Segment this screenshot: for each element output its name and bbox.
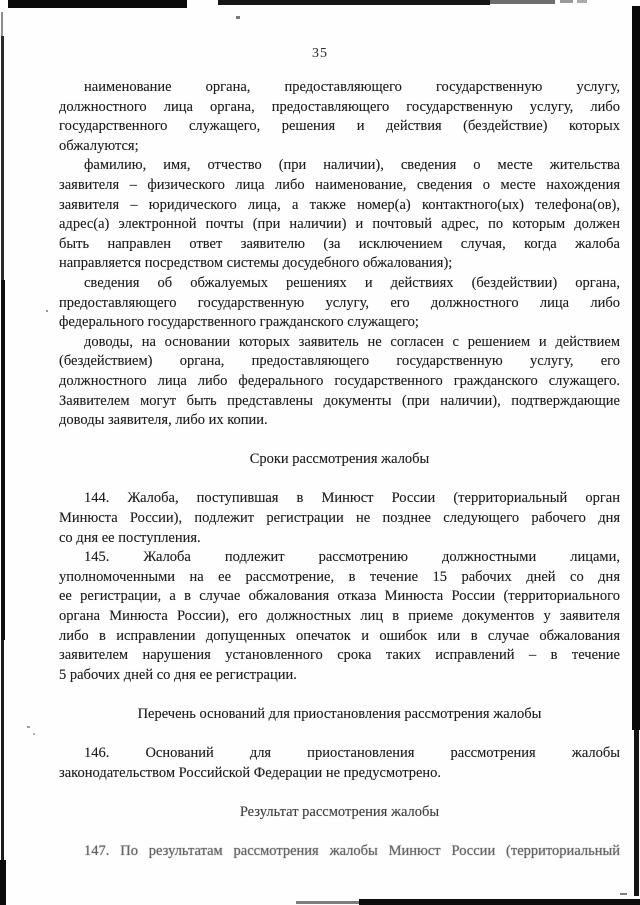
scan-artifact-right-bar	[634, 730, 639, 896]
scan-artifact-top-bar	[218, 0, 490, 5]
text-line: должностного лица органа, предоставляюще…	[59, 98, 620, 118]
scan-artifact-speck	[620, 893, 627, 895]
scan-artifact-top-dash	[577, 0, 587, 3]
paragraph: доводы, на основании которых заявитель н…	[59, 333, 620, 431]
text-line: государственного служащего, решения и де…	[59, 117, 620, 137]
text-line: адрес(а) электронной почты (при наличии)…	[59, 215, 620, 235]
scan-artifact-top-bar	[490, 0, 555, 4]
text-line: быть направлен ответ заявителю (за исклю…	[59, 235, 620, 255]
text-line: ее регистрации, а в случае обжалования о…	[59, 587, 620, 607]
scan-artifact-speck	[46, 310, 48, 312]
text-line: законодательством Российской Федерации н…	[59, 764, 620, 784]
text-line: либо в исправлении допущенных опечаток и…	[59, 627, 620, 647]
text-line: уполномоченными на ее рассмотрение, в те…	[59, 568, 620, 588]
text-line: доводы, на основании которых заявитель н…	[59, 333, 620, 353]
text-line: сведения об обжалуемых решениях и действ…	[59, 274, 620, 294]
text-line: 5 рабочих дней со дня ее регистрации.	[59, 666, 620, 686]
paragraph: фамилию, имя, отчество (при наличии), св…	[59, 156, 620, 274]
scan-artifact-bottom-bar	[296, 901, 359, 904]
text-line: 146. Оснований для приостановления рассм…	[59, 744, 620, 764]
scan-artifact-left-line	[1, 640, 4, 860]
scan-artifact-left-line	[0, 860, 6, 905]
scan-artifact-bottom-bar	[359, 899, 640, 905]
scan-artifact-left-line	[1, 12, 3, 36]
text-line: заявителя – физического лица либо наимен…	[59, 176, 620, 196]
text-line: обжалуются;	[59, 137, 620, 157]
paragraph: сведения об обжалуемых решениях и действ…	[59, 274, 620, 333]
scan-artifact-speck	[33, 733, 35, 735]
text-column: наименование органа, предоставляющего го…	[59, 78, 620, 862]
text-line: доводы заявителя, либо их копии.	[59, 411, 620, 431]
paragraph: 146. Оснований для приостановления рассм…	[59, 744, 620, 783]
text-line: направляется посредством системы досудеб…	[59, 254, 620, 274]
scan-artifact-left-line	[1, 280, 5, 640]
scan-artifact-left-line	[1, 36, 4, 280]
text-line: заявителем нарушения установленного срок…	[59, 646, 620, 666]
page-number: 35	[0, 46, 640, 62]
text-line: заявителя – юридического лица, а также н…	[59, 196, 620, 216]
section-heading: Результат рассмотрения жалобы	[59, 803, 620, 823]
paragraph: наименование органа, предоставляющего го…	[59, 78, 620, 156]
text-line: (бездействием) органа, предоставляющего …	[59, 352, 620, 372]
paragraph: 145. Жалоба подлежит рассмотрению должно…	[59, 548, 620, 685]
text-line: 147. По результатам рассмотрения жалобы …	[59, 842, 620, 862]
section-heading: Перечень оснований для приостановления р…	[59, 705, 620, 725]
scanned-document-page: 35 наименование органа, предоставляющего…	[0, 0, 640, 905]
text-line: Минюста России), подлежит регистрации не…	[59, 509, 620, 529]
scan-artifact-right-bar	[632, 6, 640, 730]
text-line: Заявителем могут быть представлены докум…	[59, 392, 620, 412]
text-line: должностного лица либо федерального госу…	[59, 372, 620, 392]
scan-artifact-speck	[27, 726, 30, 728]
paragraph: 147. По результатам рассмотрения жалобы …	[59, 842, 620, 862]
scan-artifact-speck	[236, 16, 240, 19]
section-heading: Сроки рассмотрения жалобы	[59, 450, 620, 470]
text-line: федерального государственного гражданско…	[59, 313, 620, 333]
text-line: 145. Жалоба подлежит рассмотрению должно…	[59, 548, 620, 568]
text-line: 144. Жалоба, поступившая в Минюст России…	[59, 489, 620, 509]
text-line: со дня ее поступления.	[59, 529, 620, 549]
text-line: наименование органа, предоставляющего го…	[59, 78, 620, 98]
text-line: фамилию, имя, отчество (при наличии), св…	[59, 156, 620, 176]
paragraph: 144. Жалоба, поступившая в Минюст России…	[59, 489, 620, 548]
text-line: органа Минюста России), его должностных …	[59, 607, 620, 627]
scan-artifact-top-dash	[560, 0, 573, 3]
scan-artifact-top-bar	[8, 0, 187, 8]
text-line: предоставляющего государственную услугу,…	[59, 294, 620, 314]
